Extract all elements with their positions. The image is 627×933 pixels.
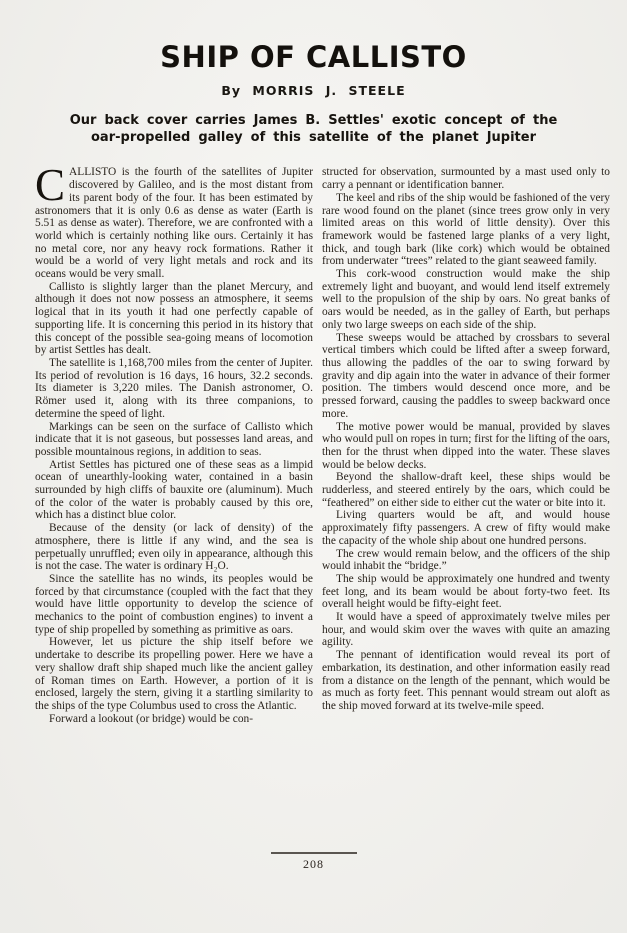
paragraph: The crew would remain below, and the off… (322, 548, 610, 573)
paragraph: Since the satellite has no winds, its pe… (35, 573, 313, 637)
paragraph: Artist Settles has pictured one of these… (35, 459, 313, 523)
paragraph: This cork-wood construction would make t… (322, 268, 610, 332)
paragraph: The motive power would be manual, provid… (322, 421, 610, 472)
paragraph: These sweeps would be attached by crossb… (322, 332, 610, 421)
paragraph: Callisto is slightly larger than the pla… (35, 281, 313, 357)
paragraph: Markings can be seen on the surface of C… (35, 421, 313, 459)
paragraph: Because of the density (or lack of densi… (35, 522, 313, 573)
deck-line-1: Our back cover carries James B. Settles'… (0, 112, 627, 129)
article-byline: By MORRIS J. STEELE (0, 83, 627, 98)
page-number: 208 (0, 857, 627, 872)
magazine-page: SHIP OF CALLISTO By MORRIS J. STEELE Our… (0, 0, 627, 933)
deck-line-2: oar-propelled galley of this satellite o… (0, 129, 627, 146)
paragraph: The satellite is 1,168,700 miles from th… (35, 357, 313, 421)
paragraph: It would have a speed of approximately t… (322, 611, 610, 649)
article-deck: Our back cover carries James B. Settles'… (0, 112, 627, 146)
right-column: structed for observation, surmounted by … (322, 166, 610, 725)
paragraph: However, let us picture the ship itself … (35, 636, 313, 712)
page-footer: 208 (0, 852, 627, 872)
paragraph: Forward a lookout (or bridge) would be c… (35, 713, 313, 726)
article-title: SHIP OF CALLISTO (0, 42, 627, 72)
paragraph: The pennant of identification would reve… (322, 649, 610, 713)
footer-rule (271, 852, 357, 854)
paragraph: The keel and ribs of the ship would be f… (322, 192, 610, 268)
continuation-paragraph: structed for observation, surmounted by … (322, 166, 610, 191)
opening-paragraph-text: ALLISTO is the fourth of the satellites … (35, 166, 313, 280)
paragraph: Beyond the shallow-draft keel, these shi… (322, 471, 610, 509)
article-header: SHIP OF CALLISTO By MORRIS J. STEELE Our… (0, 42, 627, 146)
paragraph: The ship would be approximately one hund… (322, 573, 610, 611)
article-body: CALLISTO is the fourth of the satellites… (0, 166, 627, 725)
paragraph: Living quarters would be aft, and would … (322, 509, 610, 547)
opening-paragraph: CALLISTO is the fourth of the satellites… (35, 166, 313, 280)
left-column: CALLISTO is the fourth of the satellites… (35, 166, 313, 725)
drop-cap: C (35, 166, 69, 202)
